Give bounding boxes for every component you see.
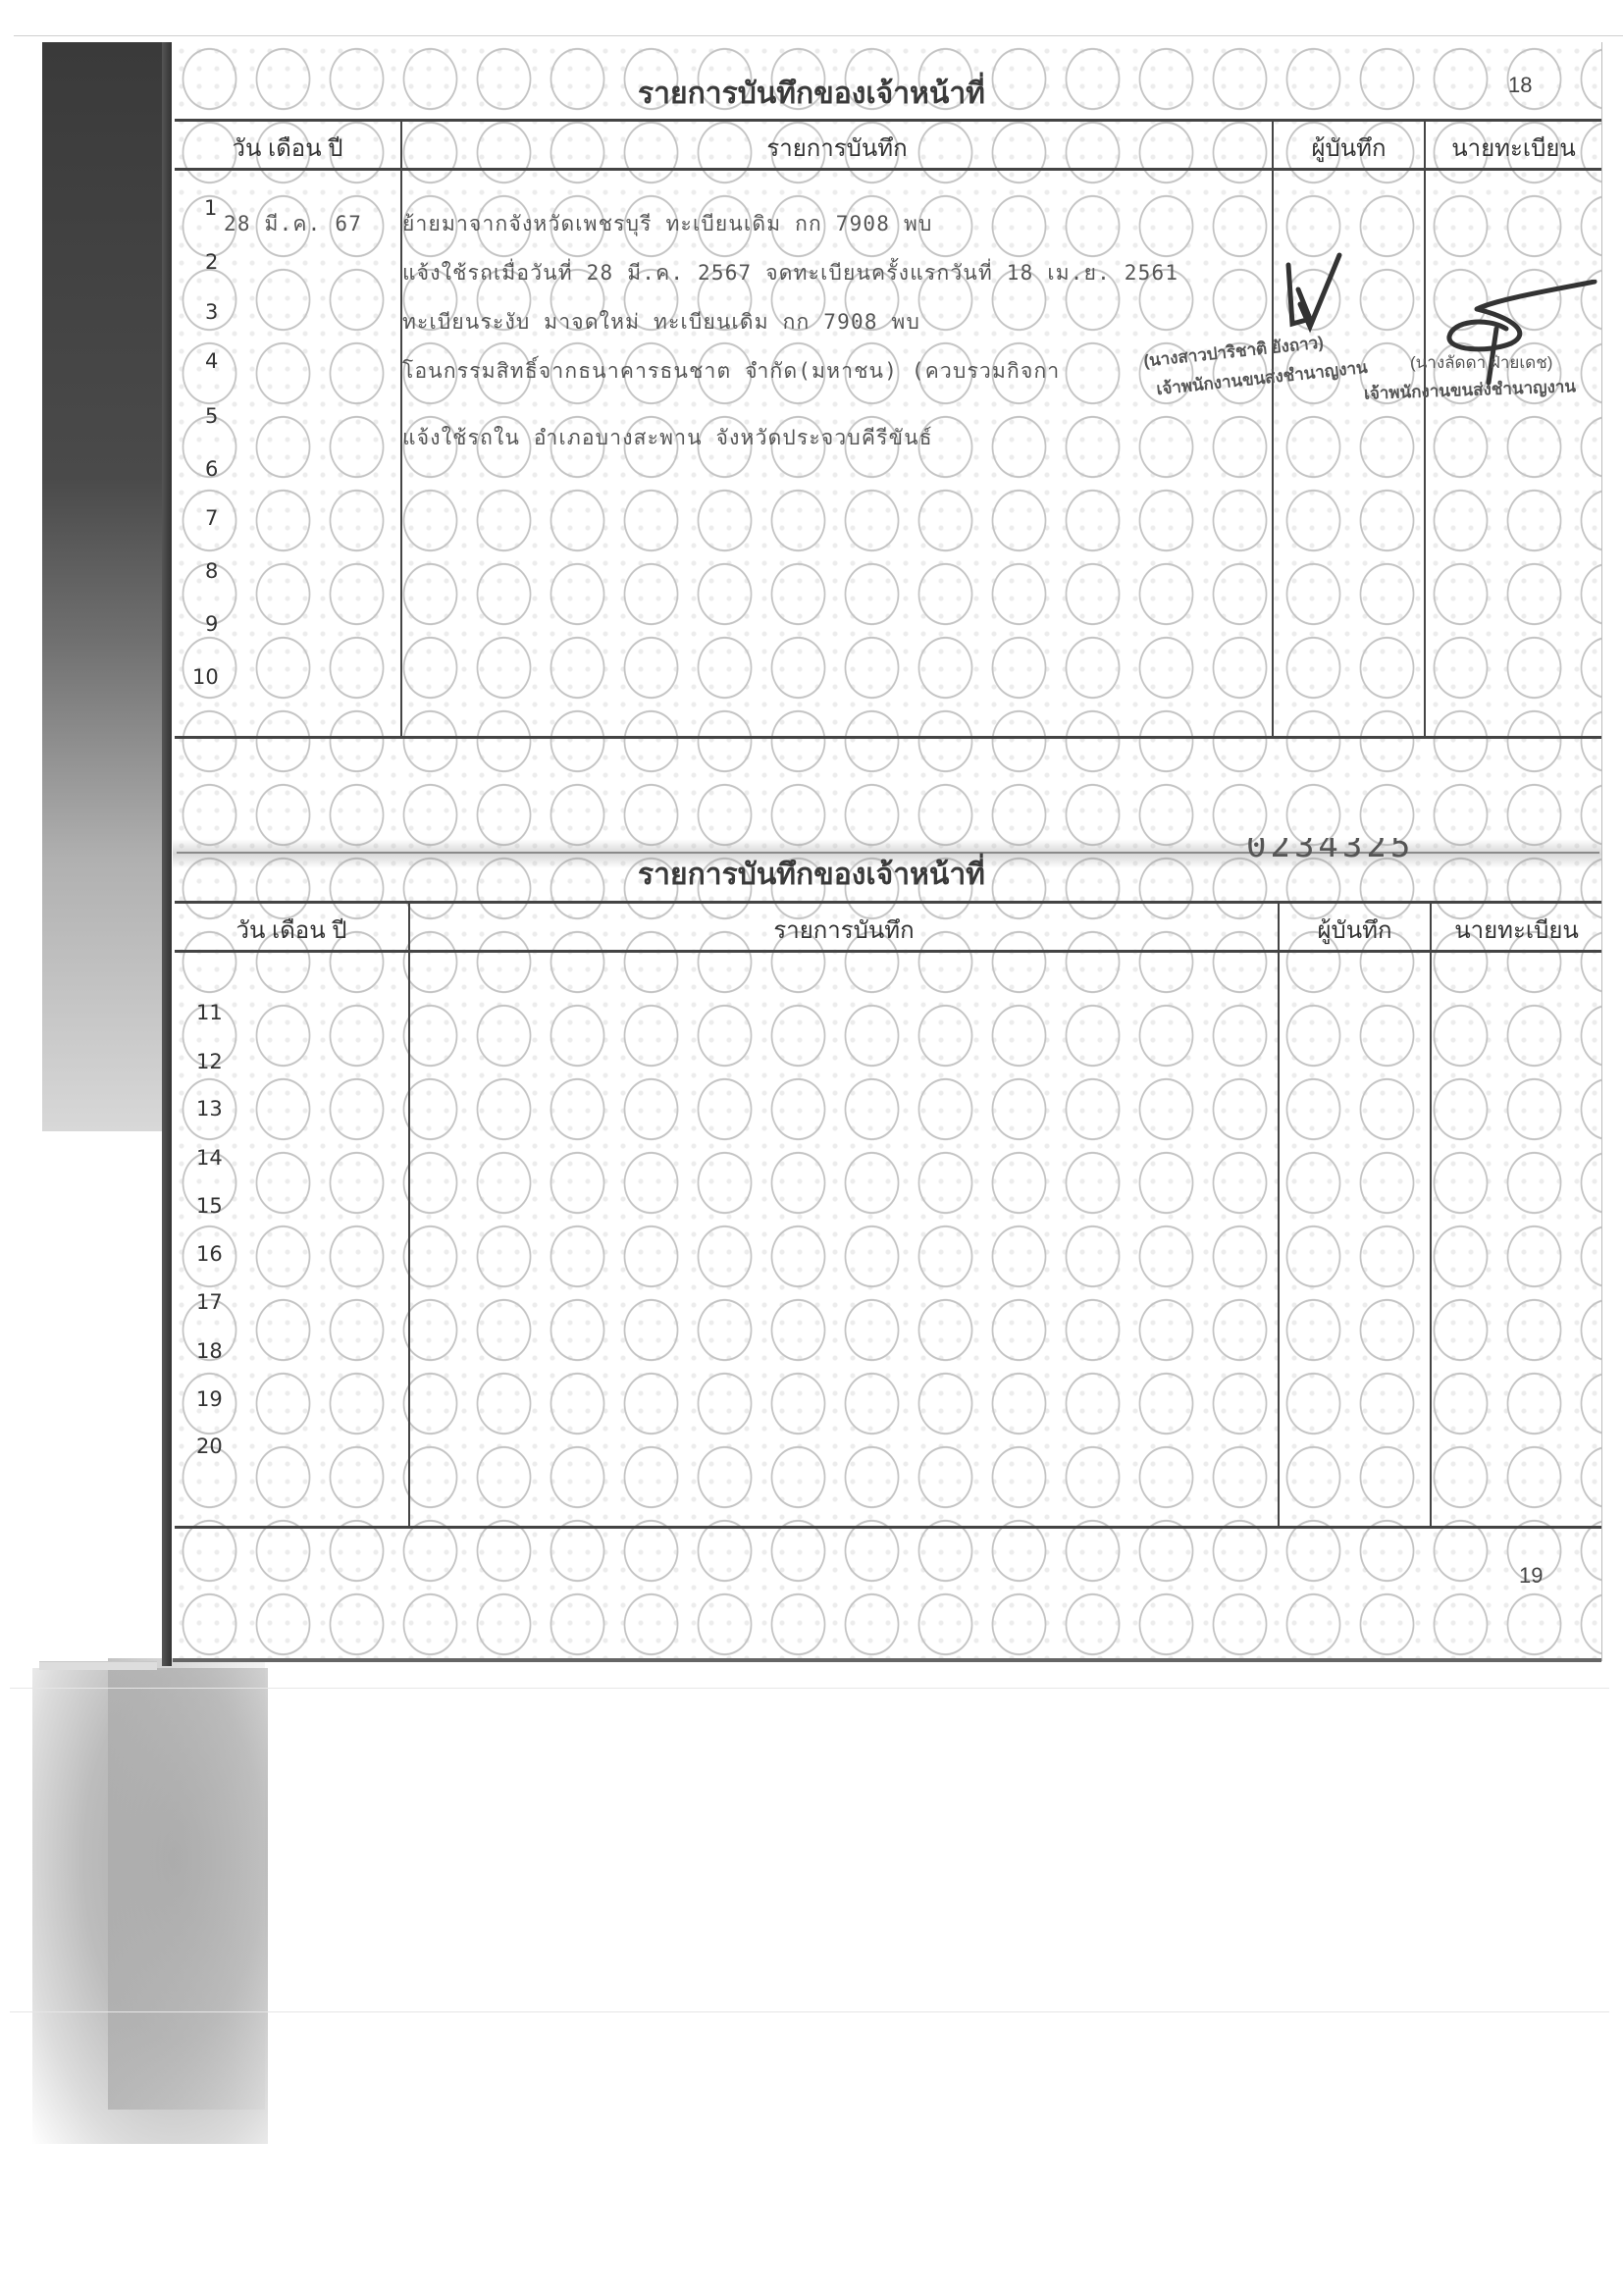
header-record: รายการบันทึก — [402, 129, 1272, 167]
row-number: 4 — [205, 349, 218, 373]
lower-page-title: รายการบันทึกของเจ้าหน้าที่ — [0, 852, 1623, 898]
row-number: 16 — [196, 1242, 223, 1266]
recorder-signature — [1271, 250, 1349, 339]
entry-text: ย้ายมาจากจังหวัดเพชรบุรี ทะเบียนเดิม กก … — [402, 208, 933, 240]
row-number: 19 — [196, 1387, 223, 1411]
column-divider — [1278, 901, 1280, 1528]
row-number: 12 — [196, 1050, 223, 1073]
scan-edge-line — [14, 35, 1623, 36]
row-number: 11 — [196, 1001, 223, 1024]
header-registrar: นายทะเบียน — [1426, 129, 1601, 167]
registrar-stamp-name: (นางลัดดา ฝ่ายเดช) — [1410, 349, 1552, 376]
row-number: 10 — [192, 665, 219, 689]
column-divider — [1430, 901, 1432, 1528]
table-top-rule — [175, 901, 1601, 904]
row-number: 2 — [205, 250, 218, 274]
header-registrar: นายทะเบียน — [1432, 911, 1601, 949]
scan-shadow-strip — [42, 42, 172, 1131]
row-number: 8 — [205, 559, 218, 583]
entry-text: ทะเบียนระงับ มาจดใหม่ ทะเบียนเดิม กก 790… — [402, 306, 920, 339]
row-number: 13 — [196, 1097, 223, 1121]
row-number: 20 — [196, 1435, 223, 1458]
row-number: 3 — [205, 300, 218, 324]
scan-artifact-line — [10, 1688, 1609, 1689]
row-number: 14 — [196, 1146, 223, 1170]
page-fold-edge — [39, 1661, 157, 1670]
column-divider — [408, 901, 410, 1528]
row-number: 6 — [205, 457, 218, 481]
upper-page-number: 18 — [1508, 73, 1532, 98]
row-number: 17 — [196, 1290, 223, 1314]
header-recorder: ผู้บันทึก — [1274, 129, 1424, 167]
row-number: 5 — [205, 404, 218, 428]
row-number: 18 — [196, 1339, 223, 1363]
row-number: 15 — [196, 1194, 223, 1218]
header-recorder: ผู้บันทึก — [1280, 911, 1430, 949]
header-date: วัน เดือน ปี — [175, 129, 400, 167]
table-top-rule — [175, 119, 1601, 122]
lower-page-number: 19 — [1519, 1563, 1543, 1589]
entry-text: แจ้งใช้รถเมื่อวันที่ 28 มี.ค. 2567 จดทะเ… — [402, 257, 1178, 289]
row-number: 9 — [205, 612, 218, 636]
header-date: วัน เดือน ปี — [175, 911, 408, 949]
entry-date: 28 มี.ค. 67 — [224, 208, 362, 240]
upper-page-title: รายการบันทึกของเจ้าหน้าที่ — [0, 71, 1623, 117]
table-bottom-rule — [175, 1526, 1601, 1529]
table-header-rule — [175, 950, 1601, 953]
entry-text: แจ้งใช้รถใน อำเภอบางสะพาน จังหวัดประจวบค… — [402, 422, 933, 454]
entry-text: โอนกรรมสิทธิ์จากธนาคารธนชาต จำกัด(มหาชน)… — [402, 355, 1060, 388]
scan-smudge-secondary — [108, 1658, 265, 2110]
table-bottom-rule — [175, 736, 1601, 739]
column-divider — [1424, 119, 1426, 738]
header-record: รายการบันทึก — [410, 911, 1278, 949]
row-number: 7 — [205, 506, 218, 530]
sheet-bottom-edge — [173, 1658, 1601, 1662]
row-number: 1 — [204, 196, 217, 220]
scan-artifact-line — [10, 2011, 1609, 2012]
table-header-rule — [175, 168, 1601, 171]
column-divider — [1272, 119, 1274, 738]
